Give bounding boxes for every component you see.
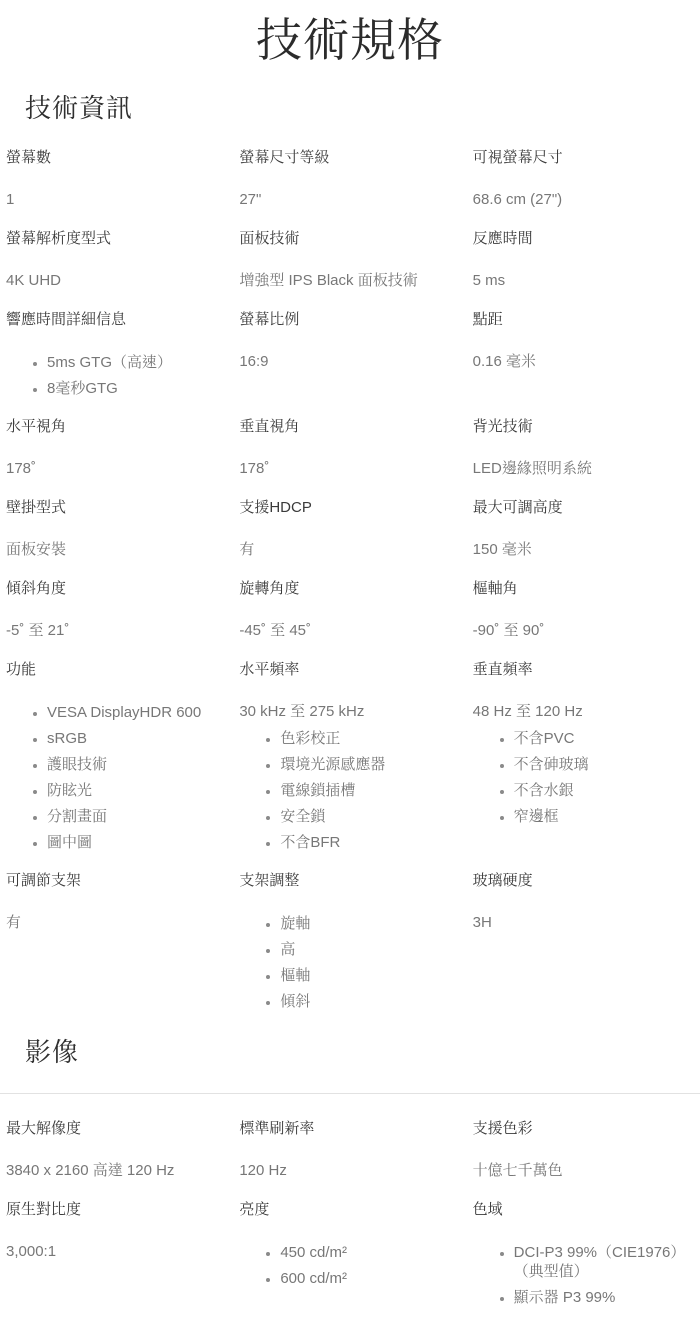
spec-value: 有 xyxy=(239,541,454,559)
spec-value: -45˚ 至 45˚ xyxy=(239,622,454,640)
page-title: 技術規格 xyxy=(0,4,700,70)
spec-cell-adjustable-stand: 可調節支架 有 xyxy=(0,872,233,1018)
spec-cell-response-time: 反應時間 5 ms xyxy=(467,230,700,298)
spec-value: 68.6 cm (27") xyxy=(473,191,688,209)
spec-bullet-item: 不含水銀 xyxy=(514,781,688,800)
section-divider xyxy=(0,1093,700,1094)
spec-label: 點距 xyxy=(473,311,688,329)
spec-bullet-item: DCI-P3 99%（CIE1976） （典型值） xyxy=(514,1243,688,1281)
spec-label: 原生對比度 xyxy=(6,1201,221,1219)
spec-bullet-list: 450 cd/m² 600 cd/m² xyxy=(239,1243,454,1288)
spec-label: 面板技術 xyxy=(239,230,454,248)
spec-cell-panel-technology: 面板技術 增強型 IPS Black 面板技術 xyxy=(233,230,466,298)
spec-value: 48 Hz 至 120 Hz xyxy=(473,703,688,721)
spec-grid-technical-info: 螢幕數 1 螢幕尺寸等級 27" 可視螢幕尺寸 68.6 cm (27") 螢幕… xyxy=(0,149,700,1018)
spec-value: 3840 x 2160 高達 120 Hz xyxy=(6,1162,221,1180)
spec-value: 178˚ xyxy=(6,460,221,478)
spec-label: 傾斜角度 xyxy=(6,580,221,598)
spec-bullet-list: 5ms GTG（高速） 8毫秒GTG xyxy=(6,353,221,398)
spec-label: 支援色彩 xyxy=(473,1120,688,1138)
spec-value: 面板安裝 xyxy=(6,541,221,559)
spec-value: 30 kHz 至 275 kHz xyxy=(239,703,454,721)
spec-bullet-list: 不含PVC 不含砷玻璃 不含水銀 窄邊框 xyxy=(473,729,688,826)
spec-bullet-item: 分割畫面 xyxy=(47,807,221,826)
spec-label: 水平頻率 xyxy=(239,661,454,679)
spec-cell-features: 功能 VESA DisplayHDR 600 sRGB 護眼技術 防眩光 分割畫… xyxy=(0,661,233,859)
spec-value: 0.16 毫米 xyxy=(473,353,688,371)
spec-bullet-list: 色彩校正 環境光源感應器 電線鎖插槽 安全鎖 不含BFR xyxy=(239,729,454,852)
spec-row: 水平視角 178˚ 垂直視角 178˚ 背光技術 LED邊緣照明系統 xyxy=(0,418,700,486)
spec-label: 可視螢幕尺寸 xyxy=(473,149,688,167)
spec-cell-hdcp-support: 支援HDCP 有 xyxy=(233,499,466,567)
spec-row: 原生對比度 3,000:1 亮度 450 cd/m² 600 cd/m² 色域 … xyxy=(0,1201,700,1314)
spec-cell-screen-count: 螢幕數 1 xyxy=(0,149,233,217)
spec-grid-video: 最大解像度 3840 x 2160 高達 120 Hz 標準刷新率 120 Hz… xyxy=(0,1120,700,1314)
spec-bullet-item: 樞軸 xyxy=(280,966,454,985)
spec-cell-color-gamut: 色域 DCI-P3 99%（CIE1976） （典型值） 顯示器 P3 99% xyxy=(467,1201,700,1314)
spec-label: 水平視角 xyxy=(6,418,221,436)
spec-bullet-item: 環境光源感應器 xyxy=(280,755,454,774)
spec-cell-aspect-ratio: 螢幕比例 16:9 xyxy=(233,311,466,405)
spec-value: LED邊緣照明系統 xyxy=(473,460,688,478)
spec-label: 亮度 xyxy=(239,1201,454,1219)
spec-bullet-item: 旋軸 xyxy=(280,914,454,933)
spec-value: -5˚ 至 21˚ xyxy=(6,622,221,640)
spec-bullet-item: 傾斜 xyxy=(280,992,454,1011)
spec-label: 垂直視角 xyxy=(239,418,454,436)
spec-label: 螢幕數 xyxy=(6,149,221,167)
spec-bullet-item: 不含PVC xyxy=(514,729,688,748)
spec-page: 技術規格 技術資訊 螢幕數 1 螢幕尺寸等級 27" 可視螢幕尺寸 68.6 c… xyxy=(0,4,700,1337)
spec-value: 16:9 xyxy=(239,353,454,371)
spec-value: 120 Hz xyxy=(239,1162,454,1180)
spec-row: 最大解像度 3840 x 2160 高達 120 Hz 標準刷新率 120 Hz… xyxy=(0,1120,700,1188)
spec-bullet-list: 旋軸 高 樞軸 傾斜 xyxy=(239,914,454,1011)
spec-row: 可調節支架 有 支架調整 旋軸 高 樞軸 傾斜 玻璃硬度 3H xyxy=(0,872,700,1018)
spec-bullet-item: 600 cd/m² xyxy=(280,1269,454,1288)
spec-value: 增強型 IPS Black 面板技術 xyxy=(239,272,454,290)
spec-value: 3,000:1 xyxy=(6,1243,221,1261)
spec-bullet-item: 安全鎖 xyxy=(280,807,454,826)
spec-bullet-item: 窄邊框 xyxy=(514,807,688,826)
spec-label: 功能 xyxy=(6,661,221,679)
spec-bullet-item: 8毫秒GTG xyxy=(47,379,221,398)
spec-row: 功能 VESA DisplayHDR 600 sRGB 護眼技術 防眩光 分割畫… xyxy=(0,661,700,859)
spec-bullet-item: VESA DisplayHDR 600 xyxy=(47,703,221,722)
spec-row: 傾斜角度 -5˚ 至 21˚ 旋轉角度 -45˚ 至 45˚ 樞軸角 -90˚ … xyxy=(0,580,700,648)
spec-cell-vertical-viewing-angle: 垂直視角 178˚ xyxy=(233,418,466,486)
spec-cell-pivot-angle: 樞軸角 -90˚ 至 90˚ xyxy=(467,580,700,648)
spec-cell-native-contrast: 原生對比度 3,000:1 xyxy=(0,1201,233,1314)
spec-value: 5 ms xyxy=(473,272,688,290)
spec-cell-brightness: 亮度 450 cd/m² 600 cd/m² xyxy=(233,1201,466,1314)
spec-cell-max-height-adjust: 最大可調高度 150 毫米 xyxy=(467,499,700,567)
section-heading-technical-info: 技術資訊 xyxy=(25,88,700,125)
spec-bullet-list: DCI-P3 99%（CIE1976） （典型值） 顯示器 P3 99% xyxy=(473,1243,688,1307)
spec-cell-wall-mount-type: 壁掛型式 面板安裝 xyxy=(0,499,233,567)
spec-value: -90˚ 至 90˚ xyxy=(473,622,688,640)
spec-label: 響應時間詳細信息 xyxy=(6,311,221,329)
spec-value: 3H xyxy=(473,914,688,932)
spec-cell-response-time-detail: 響應時間詳細信息 5ms GTG（高速） 8毫秒GTG xyxy=(0,311,233,405)
spec-cell-viewable-size: 可視螢幕尺寸 68.6 cm (27") xyxy=(467,149,700,217)
spec-cell-backlight-technology: 背光技術 LED邊緣照明系統 xyxy=(467,418,700,486)
spec-cell-tilt-angle: 傾斜角度 -5˚ 至 21˚ xyxy=(0,580,233,648)
spec-label: 垂直頻率 xyxy=(473,661,688,679)
spec-label: 樞軸角 xyxy=(473,580,688,598)
spec-value: 1 xyxy=(6,191,221,209)
spec-bullet-item: 高 xyxy=(280,940,454,959)
spec-bullet-item: sRGB xyxy=(47,729,221,748)
spec-bullet-item: 護眼技術 xyxy=(47,755,221,774)
spec-bullet-item: 防眩光 xyxy=(47,781,221,800)
spec-label: 最大可調高度 xyxy=(473,499,688,517)
spec-bullet-list: VESA DisplayHDR 600 sRGB 護眼技術 防眩光 分割畫面 圖… xyxy=(6,703,221,852)
spec-label: 標準刷新率 xyxy=(239,1120,454,1138)
spec-bullet-item: 5ms GTG（高速） xyxy=(47,353,221,372)
spec-label: 最大解像度 xyxy=(6,1120,221,1138)
section-heading-video: 影像 xyxy=(25,1032,700,1069)
spec-bullet-item: 450 cd/m² xyxy=(280,1243,454,1262)
spec-label: 反應時間 xyxy=(473,230,688,248)
spec-bullet-item: 不含砷玻璃 xyxy=(514,755,688,774)
spec-bullet-item: 電線鎖插槽 xyxy=(280,781,454,800)
spec-row: 壁掛型式 面板安裝 支援HDCP 有 最大可調高度 150 毫米 xyxy=(0,499,700,567)
spec-cell-glass-hardness: 玻璃硬度 3H xyxy=(467,872,700,1018)
spec-bullet-item: 顯示器 P3 99% xyxy=(514,1288,688,1307)
spec-label: 背光技術 xyxy=(473,418,688,436)
spec-row: 響應時間詳細信息 5ms GTG（高速） 8毫秒GTG 螢幕比例 16:9 點距… xyxy=(0,311,700,405)
spec-label: 支援HDCP xyxy=(239,499,454,517)
spec-cell-horizontal-viewing-angle: 水平視角 178˚ xyxy=(0,418,233,486)
spec-label: 壁掛型式 xyxy=(6,499,221,517)
spec-cell-horizontal-frequency: 水平頻率 30 kHz 至 275 kHz 色彩校正 環境光源感應器 電線鎖插槽… xyxy=(233,661,466,859)
spec-cell-screen-size-class: 螢幕尺寸等級 27" xyxy=(233,149,466,217)
spec-cell-stand-adjustments: 支架調整 旋軸 高 樞軸 傾斜 xyxy=(233,872,466,1018)
spec-value: 4K UHD xyxy=(6,272,221,290)
spec-label: 玻璃硬度 xyxy=(473,872,688,890)
spec-cell-max-resolution: 最大解像度 3840 x 2160 高達 120 Hz xyxy=(0,1120,233,1188)
spec-cell-vertical-frequency: 垂直頻率 48 Hz 至 120 Hz 不含PVC 不含砷玻璃 不含水銀 窄邊框 xyxy=(467,661,700,859)
spec-cell-pixel-pitch: 點距 0.16 毫米 xyxy=(467,311,700,405)
spec-cell-supported-colors: 支援色彩 十億七千萬色 xyxy=(467,1120,700,1188)
spec-label: 旋轉角度 xyxy=(239,580,454,598)
spec-bullet-item: 不含BFR xyxy=(280,833,454,852)
spec-value: 150 毫米 xyxy=(473,541,688,559)
spec-value: 178˚ xyxy=(239,460,454,478)
spec-row: 螢幕數 1 螢幕尺寸等級 27" 可視螢幕尺寸 68.6 cm (27") xyxy=(0,149,700,217)
spec-value: 十億七千萬色 xyxy=(473,1162,688,1180)
spec-cell-swivel-angle: 旋轉角度 -45˚ 至 45˚ xyxy=(233,580,466,648)
spec-label: 螢幕尺寸等級 xyxy=(239,149,454,167)
spec-value: 有 xyxy=(6,914,221,932)
spec-row: 螢幕解析度型式 4K UHD 面板技術 增強型 IPS Black 面板技術 反… xyxy=(0,230,700,298)
spec-label: 螢幕解析度型式 xyxy=(6,230,221,248)
spec-label: 可調節支架 xyxy=(6,872,221,890)
spec-value: 27" xyxy=(239,191,454,209)
spec-bullet-item: 色彩校正 xyxy=(280,729,454,748)
spec-label: 支架調整 xyxy=(239,872,454,890)
spec-bullet-item: 圖中圖 xyxy=(47,833,221,852)
spec-label: 色域 xyxy=(473,1201,688,1219)
spec-label: 螢幕比例 xyxy=(239,311,454,329)
spec-cell-resolution-type: 螢幕解析度型式 4K UHD xyxy=(0,230,233,298)
spec-cell-standard-refresh-rate: 標準刷新率 120 Hz xyxy=(233,1120,466,1188)
